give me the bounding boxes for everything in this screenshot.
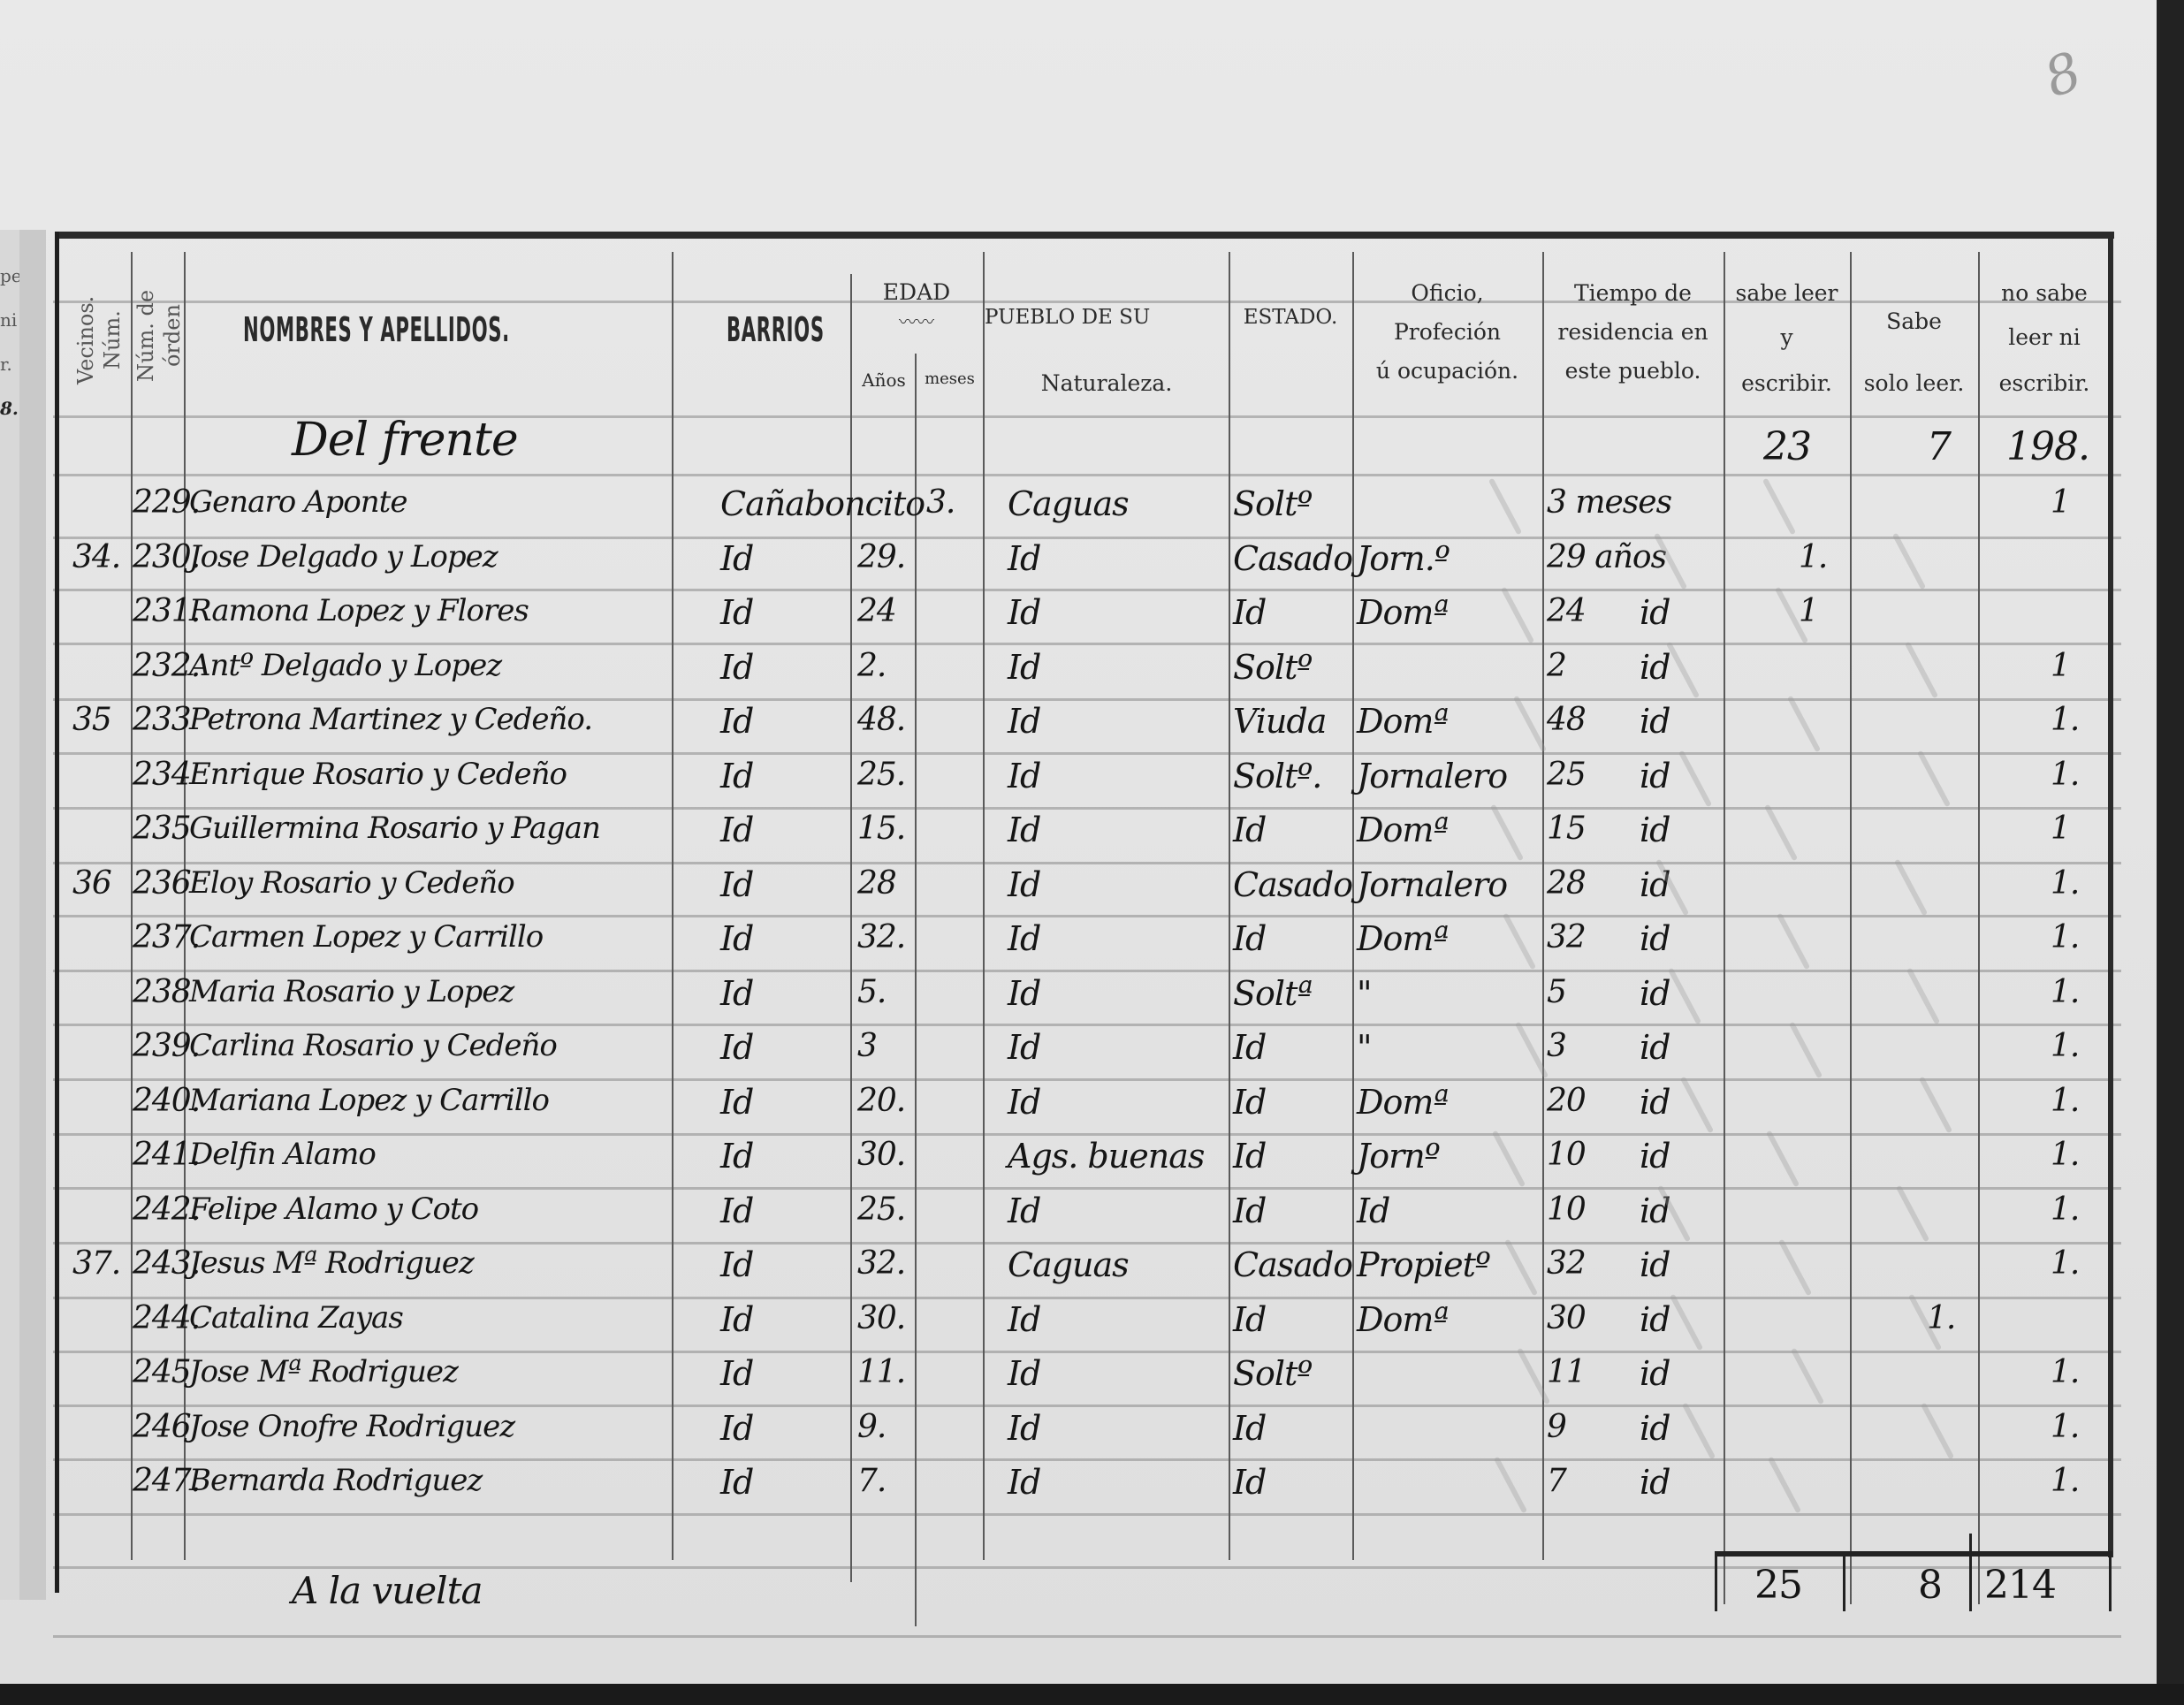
occupation: Domª xyxy=(1357,702,1448,741)
reads-writes: 1. xyxy=(1799,539,1827,575)
residence-time: 32 xyxy=(1547,1245,1586,1282)
illiterate: 1. xyxy=(2051,702,2079,738)
header-oficio-3: ú ocupación. xyxy=(1352,357,1542,384)
total-lee-escribe: 25 xyxy=(1754,1563,1802,1608)
person-name: Genaro Aponte xyxy=(189,484,407,520)
barrio: Id xyxy=(720,974,753,1013)
header-no-sabe-1: no sabe xyxy=(1978,279,2111,307)
ruled-line xyxy=(53,1635,2121,1638)
person-name: Jose Mª Rodriguez xyxy=(189,1354,458,1389)
residence-unit: id xyxy=(1640,648,1670,687)
marital-status: Id xyxy=(1233,811,1266,849)
birthplace: Id xyxy=(1008,593,1040,632)
residence-time: 9 xyxy=(1547,1409,1566,1445)
occupation: Id xyxy=(1357,1191,1389,1230)
vecino-number: 36 xyxy=(72,865,111,902)
header-no-sabe-2: leer ni xyxy=(1978,323,2111,351)
person-name: Maria Rosario y Lopez xyxy=(189,974,514,1009)
barrio: Id xyxy=(720,539,753,578)
marital-status: Id xyxy=(1233,1300,1266,1339)
residence-time: 20 xyxy=(1547,1083,1586,1119)
birthplace: Caguas xyxy=(1008,1245,1129,1284)
header-tiempo-1: Tiempo de xyxy=(1542,279,1724,307)
birthplace: Id xyxy=(1008,1028,1040,1067)
age-years: 3 xyxy=(857,1028,877,1064)
column-divider xyxy=(1978,252,1980,1604)
residence-unit: id xyxy=(1640,1354,1670,1393)
birthplace: Id xyxy=(1008,1354,1040,1393)
header-edad-flourish: 〰〰 xyxy=(850,311,983,333)
person-name: Enrique Rosario y Cedeño xyxy=(189,757,567,792)
occupation: " xyxy=(1357,1028,1371,1067)
marital-status: Viuda xyxy=(1233,702,1326,741)
vecino-number: 37. xyxy=(72,1245,120,1282)
marital-status: Id xyxy=(1233,593,1266,632)
marital-status: Soltº xyxy=(1233,648,1312,687)
barrio: Id xyxy=(720,919,753,958)
illiterate: 1. xyxy=(2051,1245,2079,1282)
occupation: Jornalero xyxy=(1357,757,1507,795)
column-divider xyxy=(983,252,985,1560)
column-divider xyxy=(1542,252,1544,1560)
illiterate: 1 xyxy=(2051,648,2070,684)
age-years: 20. xyxy=(857,1083,905,1119)
order-number: 234 xyxy=(133,757,191,793)
table-right-border xyxy=(2108,232,2113,1557)
residence-unit: id xyxy=(1640,811,1670,849)
age-years: 11. xyxy=(857,1354,905,1390)
occupation: Domª xyxy=(1357,1083,1448,1122)
person-name: Delfin Alamo xyxy=(189,1137,376,1172)
residence-unit: id xyxy=(1640,1245,1670,1284)
column-divider xyxy=(672,252,673,1560)
column-divider xyxy=(1850,252,1852,1604)
residence-time: 24 xyxy=(1547,593,1586,629)
vecino-number: 35 xyxy=(72,702,111,738)
occupation: Propietº xyxy=(1357,1245,1490,1284)
illiterate: 1. xyxy=(2051,974,2079,1010)
residence-unit: id xyxy=(1640,1300,1670,1339)
residence-unit: id xyxy=(1640,1083,1670,1122)
header-naturaleza: Naturaleza. xyxy=(985,369,1229,397)
marital-status: Soltº. xyxy=(1233,757,1321,795)
age-years: 28 xyxy=(857,865,896,902)
barrio: Id xyxy=(720,1300,753,1339)
birthplace: Id xyxy=(1008,811,1040,849)
illiterate: 1. xyxy=(2051,1137,2079,1173)
birthplace: Id xyxy=(1008,919,1040,958)
residence-unit: id xyxy=(1640,1463,1670,1502)
header-barrios: BARRIOS xyxy=(727,309,836,352)
order-number: 238 xyxy=(133,974,191,1010)
forward-lee-escribe: 23 xyxy=(1763,424,1811,469)
header-solo-leer-2: solo leer. xyxy=(1850,369,1978,397)
occupation: Domª xyxy=(1357,811,1448,849)
barrio: Id xyxy=(720,593,753,632)
header-solo-leer-1: Sabe xyxy=(1850,308,1978,335)
barrio: Id xyxy=(720,702,753,741)
column-divider xyxy=(1229,252,1230,1560)
residence-time: 11 xyxy=(1547,1354,1586,1390)
totals-divider xyxy=(2109,1554,2112,1611)
birthplace: Id xyxy=(1008,539,1040,578)
barrio: Id xyxy=(720,1028,753,1067)
header-num-orden: Núm. de órden xyxy=(133,265,182,407)
order-number: 245 xyxy=(133,1354,191,1390)
residence-time: 25 xyxy=(1547,757,1586,793)
illiterate: 1. xyxy=(2051,865,2079,902)
marital-status: Id xyxy=(1233,1191,1266,1230)
birthplace: Id xyxy=(1008,757,1040,795)
marital-status: Id xyxy=(1233,919,1266,958)
scan-edge-bottom xyxy=(0,1684,2184,1705)
column-divider xyxy=(1724,252,1725,1604)
residence-unit: id xyxy=(1640,919,1670,958)
age-years: 32. xyxy=(857,919,905,955)
header-oficio-2: Profeción xyxy=(1352,318,1542,346)
birthplace: Id xyxy=(1008,702,1040,741)
margin-fragment: 8. xyxy=(0,398,19,419)
forward-no-sabe: 198. xyxy=(2006,424,2089,469)
age-years: 29. xyxy=(857,539,905,575)
residence-unit: id xyxy=(1640,1028,1670,1067)
barrio: Id xyxy=(720,811,753,849)
marital-status: Casado xyxy=(1233,1245,1352,1284)
column-divider xyxy=(850,274,852,1582)
age-months: 3. xyxy=(926,484,955,521)
marital-status: Id xyxy=(1233,1083,1266,1122)
residence-time: 2 xyxy=(1547,648,1566,684)
person-name: Carlina Rosario y Cedeño xyxy=(189,1028,557,1063)
header-tiempo-2: residencia en xyxy=(1542,318,1724,346)
footer-note: A la vuelta xyxy=(292,1569,483,1612)
illiterate: 1. xyxy=(2051,1083,2079,1119)
scan-edge-right xyxy=(2157,0,2184,1705)
barrio: Id xyxy=(720,1463,753,1502)
barrio: Id xyxy=(720,1354,753,1393)
residence-unit: id xyxy=(1640,593,1670,632)
continuation-header: Del frente xyxy=(292,414,518,467)
total-no-sabe: 214 xyxy=(1984,1563,2056,1608)
age-years: 32. xyxy=(857,1245,905,1282)
order-number: 235 xyxy=(133,811,191,847)
person-name: Catalina Zayas xyxy=(189,1300,403,1336)
illiterate: 1. xyxy=(2051,1354,2079,1390)
occupation: Domª xyxy=(1357,593,1448,632)
total-solo-lee: 8 xyxy=(1918,1563,1942,1608)
marital-status: Soltª xyxy=(1233,974,1312,1013)
birthplace: Ags. buenas xyxy=(1008,1137,1204,1176)
forward-solo-lee: 7 xyxy=(1927,424,1951,469)
margin-fragment: r. xyxy=(0,354,12,375)
person-name: Jose Delgado y Lopez xyxy=(189,539,498,575)
age-years: 25. xyxy=(857,1191,905,1228)
birthplace: Id xyxy=(1008,1300,1040,1339)
person-name: Jesus Mª Rodriguez xyxy=(189,1245,474,1281)
barrio: Id xyxy=(720,1083,753,1122)
occupation: Jornalero xyxy=(1357,865,1507,904)
barrio: Id xyxy=(720,1137,753,1176)
header-lee-escribe-3: escribir. xyxy=(1724,369,1850,397)
illiterate: 1 xyxy=(2051,484,2070,521)
column-divider xyxy=(915,354,917,1626)
residence-time: 29 años xyxy=(1547,539,1666,575)
birthplace: Id xyxy=(1008,1191,1040,1230)
person-name: Petrona Martinez y Cedeño. xyxy=(189,702,592,737)
totals-divider xyxy=(1843,1554,1845,1611)
age-years: 5. xyxy=(857,974,886,1010)
barrio: Cañaboncito xyxy=(720,484,925,523)
age-years: 2. xyxy=(857,648,886,684)
residence-time: 3 meses xyxy=(1547,484,1671,521)
residence-time: 32 xyxy=(1547,919,1586,955)
occupation: " xyxy=(1357,974,1371,1013)
totals-divider xyxy=(1715,1554,1717,1611)
age-years: 48. xyxy=(857,702,905,738)
birthplace: Id xyxy=(1008,1463,1040,1502)
header-lee-escribe-2: y xyxy=(1724,323,1850,351)
birthplace: Id xyxy=(1008,648,1040,687)
barrio: Id xyxy=(720,757,753,795)
margin-fragment: ni xyxy=(0,309,17,331)
residence-time: 30 xyxy=(1547,1300,1586,1336)
header-nombres: NOMBRES Y APELLIDOS. xyxy=(243,309,627,352)
order-number: 233 xyxy=(133,702,191,738)
totals-divider xyxy=(1969,1534,1972,1611)
residence-unit: id xyxy=(1640,974,1670,1013)
birthplace: Caguas xyxy=(1008,484,1129,523)
age-years: 9. xyxy=(857,1409,886,1445)
birthplace: Id xyxy=(1008,974,1040,1013)
barrio: Id xyxy=(720,648,753,687)
residence-time: 10 xyxy=(1547,1191,1586,1228)
order-number: 246 xyxy=(133,1409,191,1445)
header-estado: ESTADO. xyxy=(1229,305,1352,331)
marital-status: Soltº xyxy=(1233,1354,1312,1393)
person-name: Carmen Lopez y Carrillo xyxy=(189,919,543,955)
marital-status: Id xyxy=(1233,1409,1266,1448)
birthplace: Id xyxy=(1008,1083,1040,1122)
birthplace: Id xyxy=(1008,865,1040,904)
residence-time: 7 xyxy=(1547,1463,1566,1499)
residence-time: 5 xyxy=(1547,974,1566,1010)
person-name: Jose Onofre Rodriguez xyxy=(189,1409,514,1444)
residence-time: 48 xyxy=(1547,702,1586,738)
age-years: 24 xyxy=(857,593,896,629)
header-vecinos-num: Vecinos. Núm. xyxy=(72,274,126,407)
marital-status: Soltº xyxy=(1233,484,1312,523)
marital-status: Id xyxy=(1233,1463,1266,1502)
residence-unit: id xyxy=(1640,702,1670,741)
age-years: 25. xyxy=(857,757,905,793)
person-name: Antº Delgado y Lopez xyxy=(189,648,501,683)
residence-time: 3 xyxy=(1547,1028,1566,1064)
header-edad: EDAD xyxy=(850,278,983,306)
barrio: Id xyxy=(720,1245,753,1284)
illiterate: 1. xyxy=(2051,1409,2079,1445)
column-divider xyxy=(1352,252,1354,1560)
age-years: 7. xyxy=(857,1463,886,1499)
header-oficio-1: Oficio, xyxy=(1352,279,1542,307)
illiterate: 1. xyxy=(2051,757,2079,793)
illiterate: 1. xyxy=(2051,1028,2079,1064)
vecino-number: 34. xyxy=(72,539,120,575)
header-edad-anos: Años xyxy=(853,369,915,392)
person-name: Guillermina Rosario y Pagan xyxy=(189,811,600,846)
occupation: Domª xyxy=(1357,919,1448,958)
occupation: Jorn.º xyxy=(1357,539,1450,578)
occupation: Jornº xyxy=(1357,1137,1440,1176)
illiterate: 1. xyxy=(2051,1463,2079,1499)
occupation: Domª xyxy=(1357,1300,1448,1339)
marital-status: Casado xyxy=(1233,865,1352,904)
illiterate: 1 xyxy=(2051,811,2070,847)
header-lee-escribe-1: sabe leer xyxy=(1724,279,1850,307)
illiterate: 1. xyxy=(2051,919,2079,955)
person-name: Felipe Alamo y Coto xyxy=(189,1191,478,1227)
age-years: 30. xyxy=(857,1137,905,1173)
totals-rule xyxy=(1715,1551,2112,1557)
book-binding xyxy=(19,230,46,1600)
order-number: 236 xyxy=(133,865,191,902)
illiterate: 1. xyxy=(2051,1191,2079,1228)
birthplace: Id xyxy=(1008,1409,1040,1448)
barrio: Id xyxy=(720,1191,753,1230)
person-name: Eloy Rosario y Cedeño xyxy=(189,865,514,901)
age-years: 15. xyxy=(857,811,905,847)
residence-unit: id xyxy=(1640,1137,1670,1176)
barrio: Id xyxy=(720,865,753,904)
header-edad-meses: meses xyxy=(917,369,983,390)
residence-unit: id xyxy=(1640,757,1670,795)
residence-time: 15 xyxy=(1547,811,1586,847)
header-tiempo-3: este pueblo. xyxy=(1542,357,1724,384)
reads-writes: 1 xyxy=(1799,593,1818,629)
header-pueblo: PUEBLO DE SU xyxy=(985,305,1229,331)
header-no-sabe-3: escribir. xyxy=(1978,369,2111,397)
margin-fragment: pe xyxy=(0,265,22,286)
person-name: Ramona Lopez y Flores xyxy=(189,593,529,628)
marital-status: Id xyxy=(1233,1137,1266,1176)
age-years: 30. xyxy=(857,1300,905,1336)
marital-status: Id xyxy=(1233,1028,1266,1067)
barrio: Id xyxy=(720,1409,753,1448)
person-name: Mariana Lopez y Carrillo xyxy=(189,1083,549,1118)
marital-status: Casado xyxy=(1233,539,1352,578)
residence-time: 28 xyxy=(1547,865,1586,902)
residence-unit: id xyxy=(1640,1409,1670,1448)
residence-time: 10 xyxy=(1547,1137,1586,1173)
person-name: Bernarda Rodriguez xyxy=(189,1463,482,1498)
